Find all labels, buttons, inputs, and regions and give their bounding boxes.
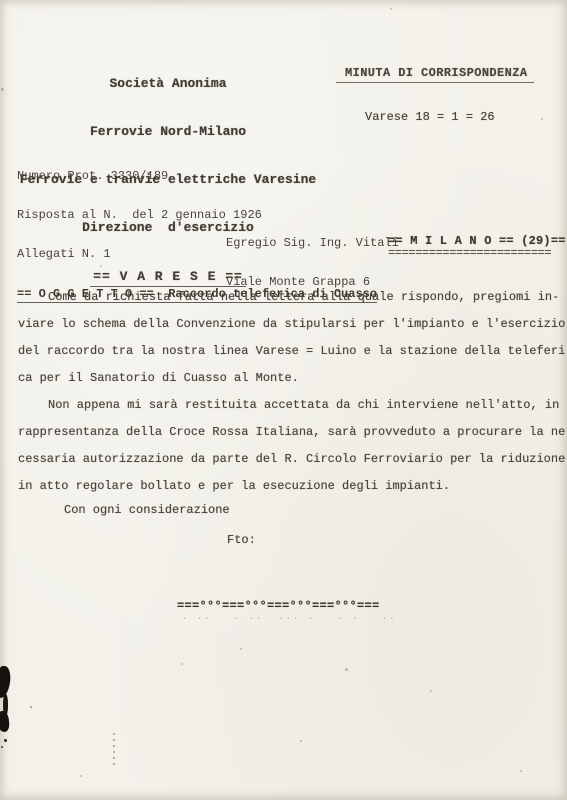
paper-scratch [113, 733, 115, 767]
paper-speck [240, 648, 242, 650]
paper-speck [1, 88, 4, 91]
ink-blotch [4, 739, 7, 742]
typewriter-ornament: ===°°°===°°°===°°°===°°°=== [177, 599, 380, 613]
date-line: Varese 18 = 1 = 26 [365, 110, 495, 124]
body-line: in atto regolare bollato e per la esecuz… [18, 473, 567, 500]
recipient-city-underline: ======================== [388, 246, 551, 260]
company-subname: Ferrovie Nord-Milano [8, 124, 328, 140]
paper-speck [100, 265, 102, 267]
document-type-title: MINUTA DI CORRISPONDENZA [336, 66, 534, 83]
closing-salutation: Con ogni considerazione [64, 503, 230, 517]
paper-speck [555, 455, 557, 457]
body-line: viare lo schema della Convenzione da sti… [18, 311, 567, 338]
paper-speck [520, 770, 522, 772]
body-line: rappresentanza della Croce Rossa Italian… [18, 419, 567, 446]
paper-speck [430, 690, 432, 692]
paper-speck [300, 740, 302, 742]
body-line: cessaria autorizzazione da parte del R. … [18, 446, 567, 473]
ornament-ghost-marks: · ·· · ·· ··· · · · ·· [182, 614, 397, 624]
paper-speck [541, 118, 543, 120]
signature-label: Fto: [227, 533, 256, 547]
recipient-name: Egregio Sig. Ing. Vitali [226, 237, 399, 250]
paper-speck [181, 663, 183, 665]
paper-speck [80, 775, 82, 777]
paper-speck [345, 668, 348, 671]
ink-blotch [1, 746, 3, 748]
ink-blotch [30, 706, 32, 708]
body-line: Come da richiesta fatta nella lettera al… [18, 284, 567, 311]
paper-speck [390, 8, 392, 10]
body-line: Non appena mi sarà restituita accettata … [18, 392, 567, 419]
ink-blotch [0, 711, 10, 733]
body-line: ca per il Sanatorio di Cuasso al Monte. [18, 365, 567, 392]
letter-body: Come da richiesta fatta nella lettera al… [18, 284, 567, 500]
scanned-letter-page: Società Anonima Ferrovie Nord-Milano Fer… [0, 0, 567, 800]
company-name: Società Anonima [8, 76, 328, 92]
protocol-number: Numero Prot. 3330/189 [17, 170, 377, 183]
body-line: del raccordo tra la nostra linea Varese … [18, 338, 567, 365]
